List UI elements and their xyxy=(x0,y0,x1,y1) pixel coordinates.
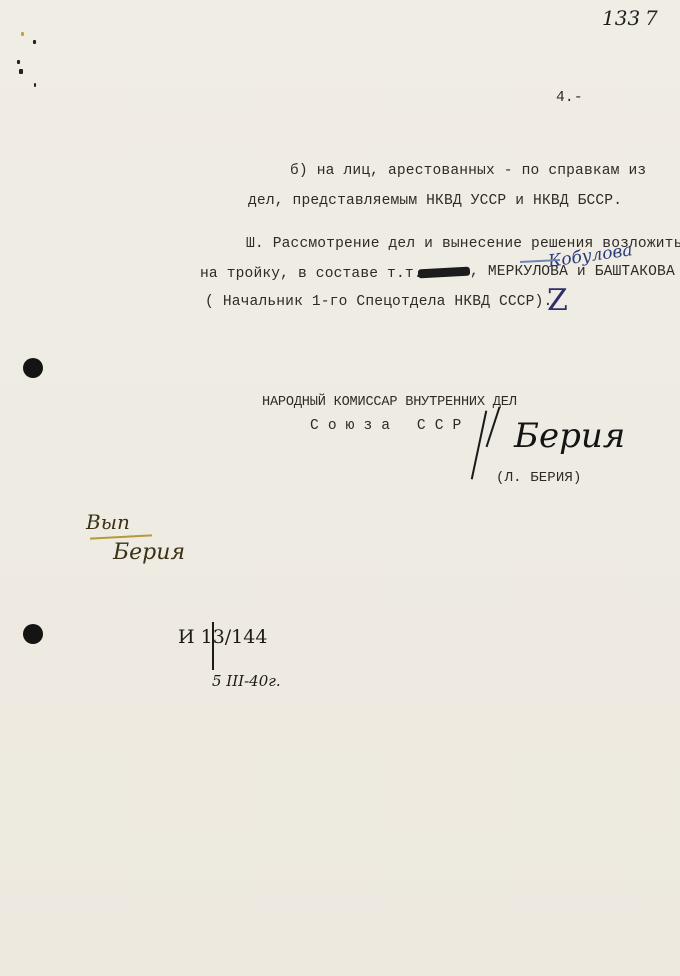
signature-title-line2: С о ю з а С С Р xyxy=(310,418,461,434)
paragraph-3-line2: на тройку, в составе т.т. xyxy=(200,264,423,282)
paragraph-b-line1: б) на лиц, арестованных - по справкам из xyxy=(290,163,646,179)
registration-divider xyxy=(212,622,214,670)
paragraph-b-line2: дел, представляемым НКВД УССР и НКВД БСС… xyxy=(248,193,622,209)
punch-hole xyxy=(23,624,43,644)
registration-number: И 13/144 xyxy=(178,626,267,648)
handwritten-signature: Берия xyxy=(514,416,625,456)
document-page: 133 7 4.- б) на лиц, арестованных - по с… xyxy=(0,0,680,976)
punch-hole xyxy=(23,358,43,378)
signature-stroke xyxy=(486,407,501,448)
handwritten-mark: Z xyxy=(547,283,568,318)
paragraph-3-line3: ( Начальник 1-го Спецотдела НКВД СССР). xyxy=(205,294,552,310)
registration-date: 5 III-40г. xyxy=(212,672,281,690)
margin-note-underline xyxy=(90,534,152,539)
struck-out-name xyxy=(418,267,470,279)
paper-speck xyxy=(33,40,36,44)
archive-sheet-mark: 7 xyxy=(645,6,658,30)
page-number: 4.- xyxy=(556,90,583,106)
signature-stroke xyxy=(471,411,488,480)
paper-speck xyxy=(17,60,20,64)
archive-sheet-number: 133 xyxy=(602,6,640,30)
signature-title-line1: НАРОДНЫЙ КОМИССАР ВНУТРЕННИХ ДЕЛ xyxy=(262,395,517,410)
margin-note-line2: Берия xyxy=(113,540,185,565)
signatory-name: (Л. БЕРИЯ) xyxy=(496,470,582,486)
paper-speck xyxy=(19,69,23,74)
paper-speck xyxy=(34,83,36,87)
paragraph-3-line2-prefix: на тройку, в составе т.т. xyxy=(200,266,423,282)
margin-note-line1: Вып xyxy=(86,510,130,534)
paper-speck xyxy=(21,32,24,36)
